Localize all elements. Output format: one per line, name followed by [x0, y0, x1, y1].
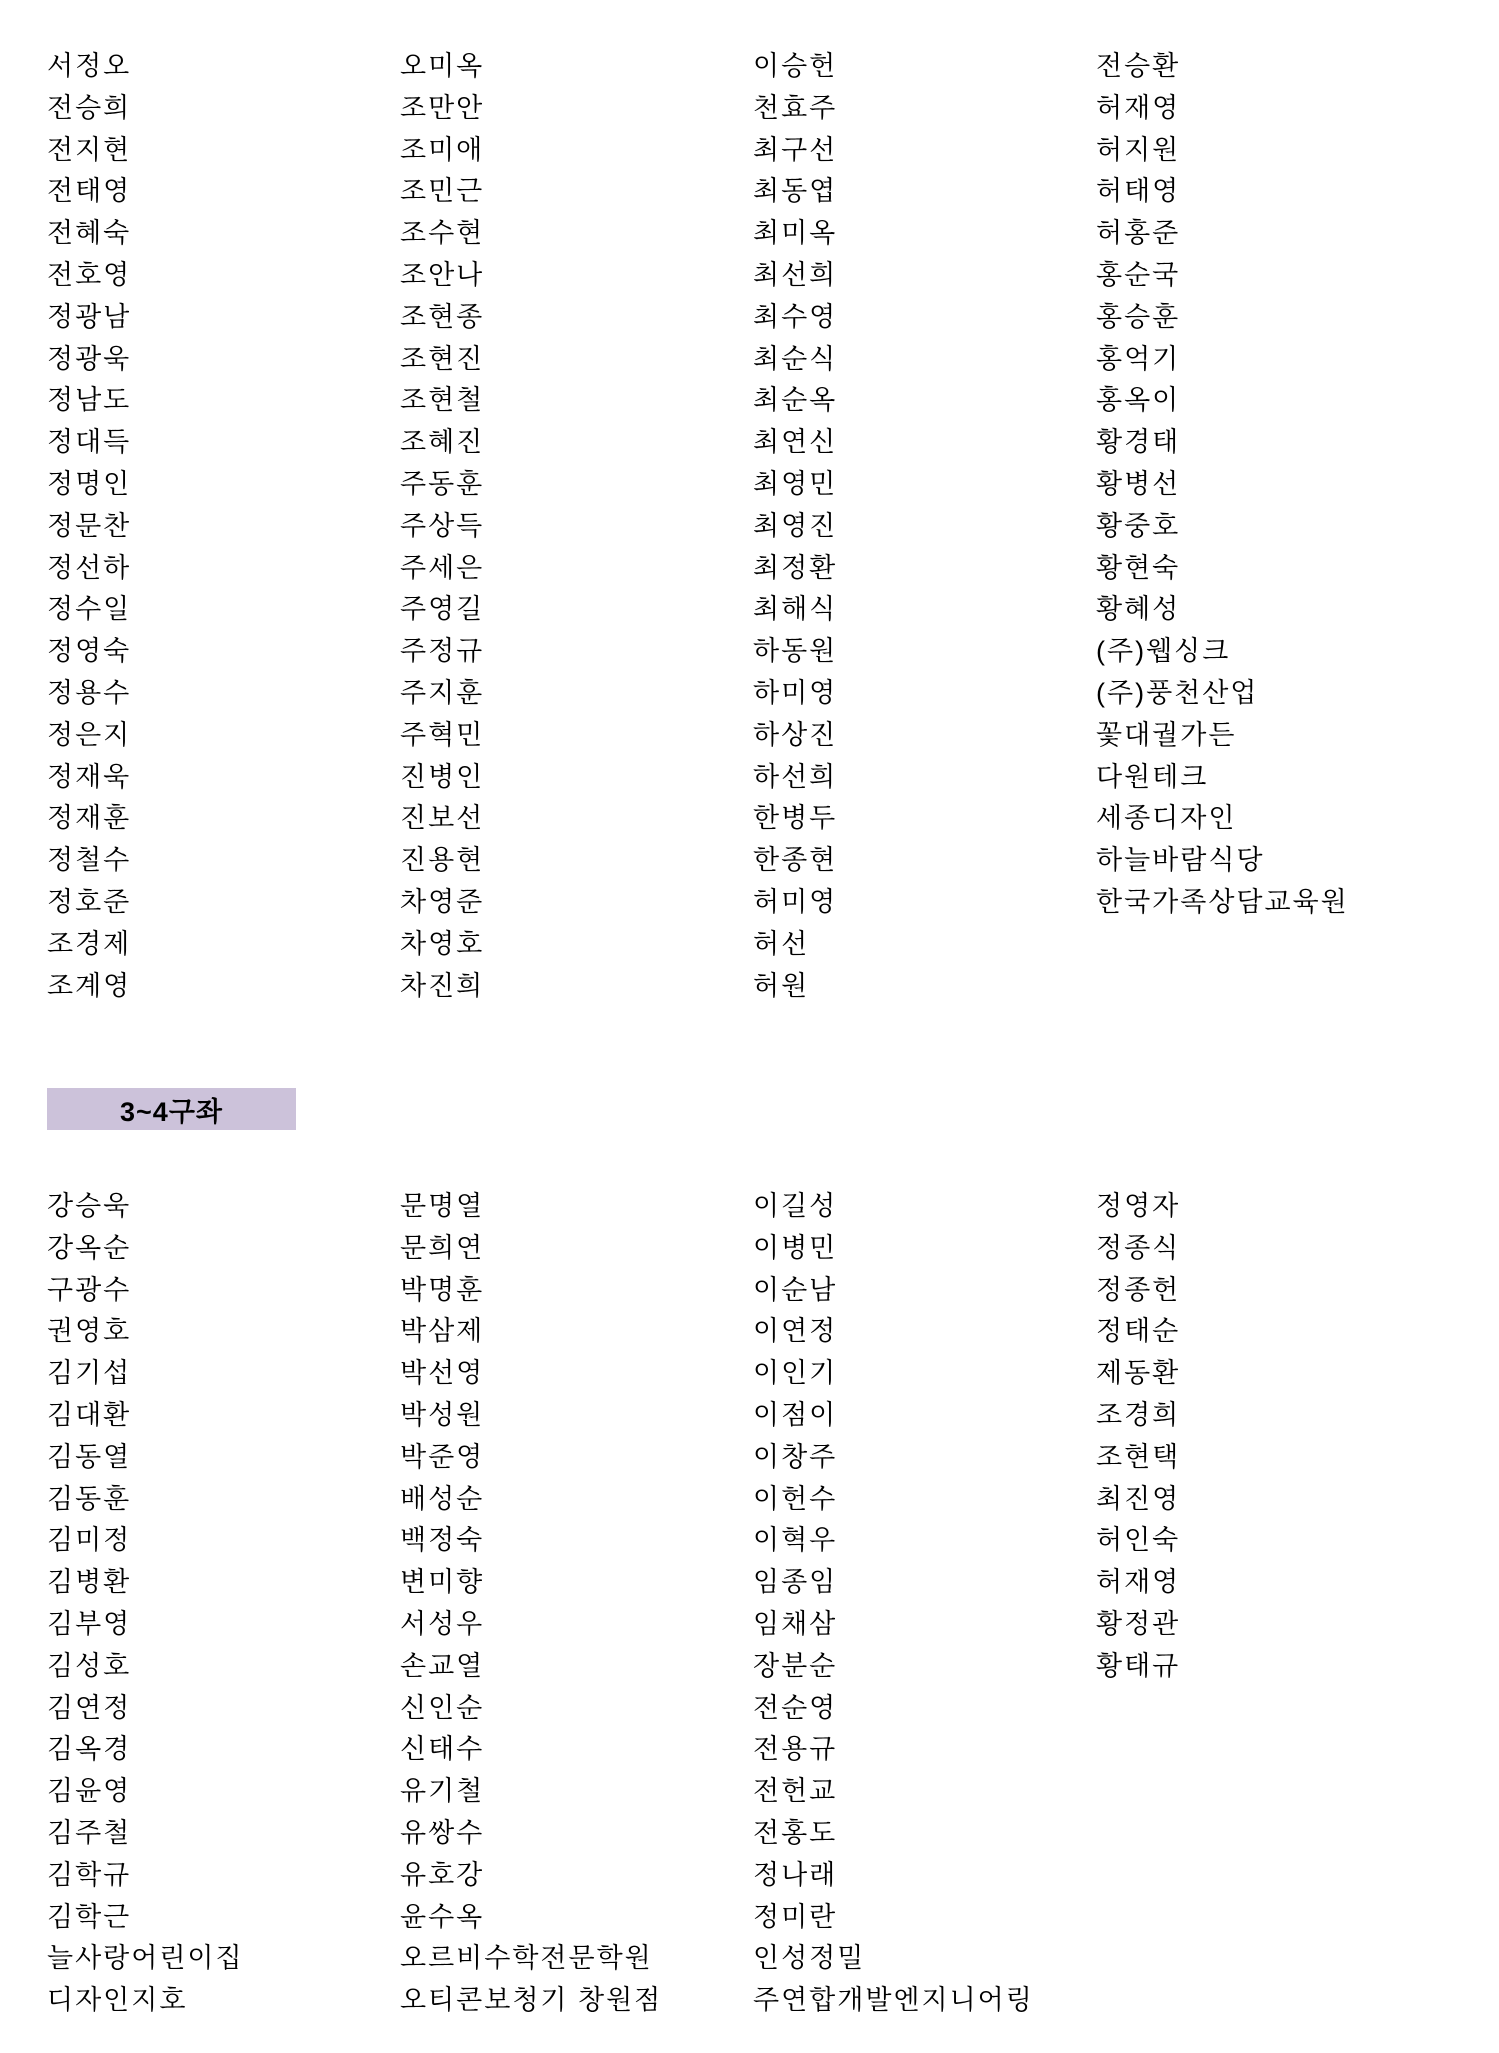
list-item: 정미란: [753, 1897, 1096, 1939]
list-item: 조현택: [1096, 1437, 1180, 1479]
list-item: 최영민: [753, 464, 1096, 506]
list-item: 전헌교: [753, 1771, 1096, 1813]
list-item: 신태수: [400, 1729, 753, 1771]
list-item: 이창주: [753, 1437, 1096, 1479]
list-item: 정태순: [1096, 1311, 1180, 1353]
list-item: 조수현: [400, 213, 753, 255]
list-item: 정나래: [753, 1855, 1096, 1897]
list-item: 최영진: [753, 506, 1096, 548]
list-item: 허원: [753, 966, 1096, 1008]
list-item: 최진영: [1096, 1479, 1180, 1521]
list-item: 전호영: [47, 255, 400, 297]
list-item: 정철수: [47, 840, 400, 882]
list-item: 김미정: [47, 1520, 400, 1562]
list-item: 조현종: [400, 297, 753, 339]
list-item: 주영길: [400, 589, 753, 631]
list-item: 주상득: [400, 506, 753, 548]
list-item: 늘사랑어린이집: [47, 1938, 400, 1980]
list-item: 이병민: [753, 1228, 1096, 1270]
list-item: 이인기: [753, 1353, 1096, 1395]
list-item: 황현숙: [1096, 548, 1349, 590]
list-item: 정선하: [47, 548, 400, 590]
list-item: 황혜성: [1096, 589, 1349, 631]
donor-list-page: 서정오전승희전지현전태영전혜숙전호영정광남정광욱정남도정대득정명인정문찬정선하정…: [0, 0, 1499, 2053]
list-item: 정은지: [47, 715, 400, 757]
list-item: 조경희: [1096, 1395, 1180, 1437]
list-item: 정호준: [47, 882, 400, 924]
list-item: 전승환: [1096, 46, 1349, 88]
list-item: 정광욱: [47, 339, 400, 381]
list-item: 하상진: [753, 715, 1096, 757]
list-item: 디자인지호: [47, 1980, 400, 2022]
list-item: 유호강: [400, 1855, 753, 1897]
list-item: 차영준: [400, 882, 753, 924]
list-item: 주지훈: [400, 673, 753, 715]
list-item: 강옥순: [47, 1228, 400, 1270]
list-item: 이점이: [753, 1395, 1096, 1437]
list-item: 최수영: [753, 297, 1096, 339]
section-header-label: 3~4구좌: [120, 1090, 223, 1129]
upper-column-1: 서정오전승희전지현전태영전혜숙전호영정광남정광욱정남도정대득정명인정문찬정선하정…: [47, 46, 400, 1007]
list-item: 변미향: [400, 1562, 753, 1604]
section-header-badge: 3~4구좌: [47, 1088, 296, 1130]
list-item: 허인숙: [1096, 1520, 1180, 1562]
list-item: 차진희: [400, 966, 753, 1008]
list-item: 정명인: [47, 464, 400, 506]
list-item: 유기철: [400, 1771, 753, 1813]
list-item: 홍옥이: [1096, 380, 1349, 422]
list-item: 이헌수: [753, 1479, 1096, 1521]
list-item: 꽃대궐가든: [1096, 715, 1349, 757]
list-item: 이혁우: [753, 1520, 1096, 1562]
list-item: 천효주: [753, 88, 1096, 130]
list-item: 박선영: [400, 1353, 753, 1395]
list-item: 전순영: [753, 1688, 1096, 1730]
list-item: 하늘바람식당: [1096, 840, 1349, 882]
lower-column-2: 문명열문희연박명훈박삼제박선영박성원박준영배성순백정숙변미향서성우손교열신인순신…: [400, 1186, 753, 2022]
list-item: 김기섭: [47, 1353, 400, 1395]
list-item: 허선: [753, 924, 1096, 966]
list-item: 황태규: [1096, 1646, 1180, 1688]
list-item: 하미영: [753, 673, 1096, 715]
list-item: 황병선: [1096, 464, 1349, 506]
list-item: 정남도: [47, 380, 400, 422]
list-item: 제동환: [1096, 1353, 1180, 1395]
list-item: 백정숙: [400, 1520, 753, 1562]
upper-column-3: 이승헌천효주최구선최동엽최미옥최선희최수영최순식최순옥최연신최영민최영진최정환최…: [753, 46, 1096, 1007]
list-item: 홍승훈: [1096, 297, 1349, 339]
list-item: 정대득: [47, 422, 400, 464]
list-item: 정영숙: [47, 631, 400, 673]
list-item: 김성호: [47, 1646, 400, 1688]
list-item: 김병환: [47, 1562, 400, 1604]
list-item: 김동열: [47, 1437, 400, 1479]
list-item: 박명훈: [400, 1270, 753, 1312]
list-item: 이연정: [753, 1311, 1096, 1353]
list-item: 서정오: [47, 46, 400, 88]
list-item: 정수일: [47, 589, 400, 631]
list-item: 황경태: [1096, 422, 1349, 464]
list-item: 조혜진: [400, 422, 753, 464]
list-item: 조만안: [400, 88, 753, 130]
list-item: 정문찬: [47, 506, 400, 548]
list-item: 김주철: [47, 1813, 400, 1855]
list-item: 최연신: [753, 422, 1096, 464]
list-item: 박삼제: [400, 1311, 753, 1353]
list-item: 최해식: [753, 589, 1096, 631]
list-item: 배성순: [400, 1479, 753, 1521]
list-item: 세종디자인: [1096, 798, 1349, 840]
list-item: 박성원: [400, 1395, 753, 1437]
list-item: 허지원: [1096, 130, 1349, 172]
list-item: 한병두: [753, 798, 1096, 840]
list-item: 김옥경: [47, 1729, 400, 1771]
list-item: 허재영: [1096, 88, 1349, 130]
list-item: 전지현: [47, 130, 400, 172]
list-item: 주연합개발엔지니어링: [753, 1980, 1096, 2022]
list-item: 허재영: [1096, 1562, 1180, 1604]
list-item: 이길성: [753, 1186, 1096, 1228]
list-item: 홍순국: [1096, 255, 1349, 297]
list-item: 서성우: [400, 1604, 753, 1646]
list-item: 최순식: [753, 339, 1096, 381]
list-item: 강승욱: [47, 1186, 400, 1228]
list-item: 임종임: [753, 1562, 1096, 1604]
list-item: 조안나: [400, 255, 753, 297]
list-item: 구광수: [47, 1270, 400, 1312]
list-item: (주)풍천산업: [1096, 673, 1349, 715]
list-item: 김동훈: [47, 1479, 400, 1521]
list-item: 김부영: [47, 1604, 400, 1646]
list-item: 김연정: [47, 1688, 400, 1730]
list-item: 이승헌: [753, 46, 1096, 88]
list-item: 주세은: [400, 548, 753, 590]
list-item: 임채삼: [753, 1604, 1096, 1646]
list-item: 최순옥: [753, 380, 1096, 422]
list-item: 전용규: [753, 1729, 1096, 1771]
list-item: 오르비수학전문학원: [400, 1938, 753, 1980]
list-item: 주정규: [400, 631, 753, 673]
donor-section-upper: 서정오전승희전지현전태영전혜숙전호영정광남정광욱정남도정대득정명인정문찬정선하정…: [47, 46, 1499, 1007]
list-item: 한국가족상담교육원: [1096, 882, 1349, 924]
list-item: 정재훈: [47, 798, 400, 840]
list-item: 주동훈: [400, 464, 753, 506]
list-item: 이순남: [753, 1270, 1096, 1312]
list-item: 진병인: [400, 757, 753, 799]
list-item: 최선희: [753, 255, 1096, 297]
list-item: 조계영: [47, 966, 400, 1008]
list-item: 한종현: [753, 840, 1096, 882]
list-item: 김학규: [47, 1855, 400, 1897]
list-item: 정종헌: [1096, 1270, 1180, 1312]
list-item: 김윤영: [47, 1771, 400, 1813]
list-item: 허미영: [753, 882, 1096, 924]
list-item: 문명열: [400, 1186, 753, 1228]
list-item: 홍억기: [1096, 339, 1349, 381]
lower-column-1: 강승욱강옥순구광수권영호김기섭김대환김동열김동훈김미정김병환김부영김성호김연정김…: [47, 1186, 400, 2022]
list-item: 조현진: [400, 339, 753, 381]
list-item: 오미옥: [400, 46, 753, 88]
list-item: 문희연: [400, 1228, 753, 1270]
list-item: 진보선: [400, 798, 753, 840]
list-item: 조민근: [400, 171, 753, 213]
list-item: 전홍도: [753, 1813, 1096, 1855]
lower-column-3: 이길성이병민이순남이연정이인기이점이이창주이헌수이혁우임종임임채삼장분순전순영전…: [753, 1186, 1096, 2022]
list-item: 주혁민: [400, 715, 753, 757]
list-item: 전승희: [47, 88, 400, 130]
list-item: (주)웹싱크: [1096, 631, 1349, 673]
list-item: 최동엽: [753, 171, 1096, 213]
lower-column-4: 정영자정종식정종헌정태순제동환조경희조현택최진영허인숙허재영황정관황태규: [1096, 1186, 1180, 1688]
list-item: 허태영: [1096, 171, 1349, 213]
list-item: 정영자: [1096, 1186, 1180, 1228]
list-item: 조경제: [47, 924, 400, 966]
list-item: 조현철: [400, 380, 753, 422]
list-item: 권영호: [47, 1311, 400, 1353]
donor-section-lower: 강승욱강옥순구광수권영호김기섭김대환김동열김동훈김미정김병환김부영김성호김연정김…: [47, 1186, 1499, 2022]
list-item: 윤수옥: [400, 1897, 753, 1939]
list-item: 허홍준: [1096, 213, 1349, 255]
list-item: 신인순: [400, 1688, 753, 1730]
list-item: 전혜숙: [47, 213, 400, 255]
list-item: 인성정밀: [753, 1938, 1096, 1980]
list-item: 정종식: [1096, 1228, 1180, 1270]
list-item: 황정관: [1096, 1604, 1180, 1646]
list-item: 정재욱: [47, 757, 400, 799]
list-item: 장분순: [753, 1646, 1096, 1688]
upper-column-4: 전승환허재영허지원허태영허홍준홍순국홍승훈홍억기홍옥이황경태황병선황중호황현숙황…: [1096, 46, 1349, 924]
list-item: 하동원: [753, 631, 1096, 673]
upper-column-2: 오미옥조만안조미애조민근조수현조안나조현종조현진조현철조혜진주동훈주상득주세은주…: [400, 46, 753, 1007]
list-item: 유쌍수: [400, 1813, 753, 1855]
list-item: 김대환: [47, 1395, 400, 1437]
list-item: 차영호: [400, 924, 753, 966]
list-item: 김학근: [47, 1897, 400, 1939]
list-item: 오티콘보청기 창원점: [400, 1980, 753, 2022]
list-item: 손교열: [400, 1646, 753, 1688]
list-item: 진용현: [400, 840, 753, 882]
list-item: 최미옥: [753, 213, 1096, 255]
list-item: 하선희: [753, 757, 1096, 799]
list-item: 정광남: [47, 297, 400, 339]
list-item: 조미애: [400, 130, 753, 172]
list-item: 황중호: [1096, 506, 1349, 548]
list-item: 정용수: [47, 673, 400, 715]
list-item: 박준영: [400, 1437, 753, 1479]
list-item: 최구선: [753, 130, 1096, 172]
list-item: 다원테크: [1096, 757, 1349, 799]
list-item: 전태영: [47, 171, 400, 213]
list-item: 최정환: [753, 548, 1096, 590]
